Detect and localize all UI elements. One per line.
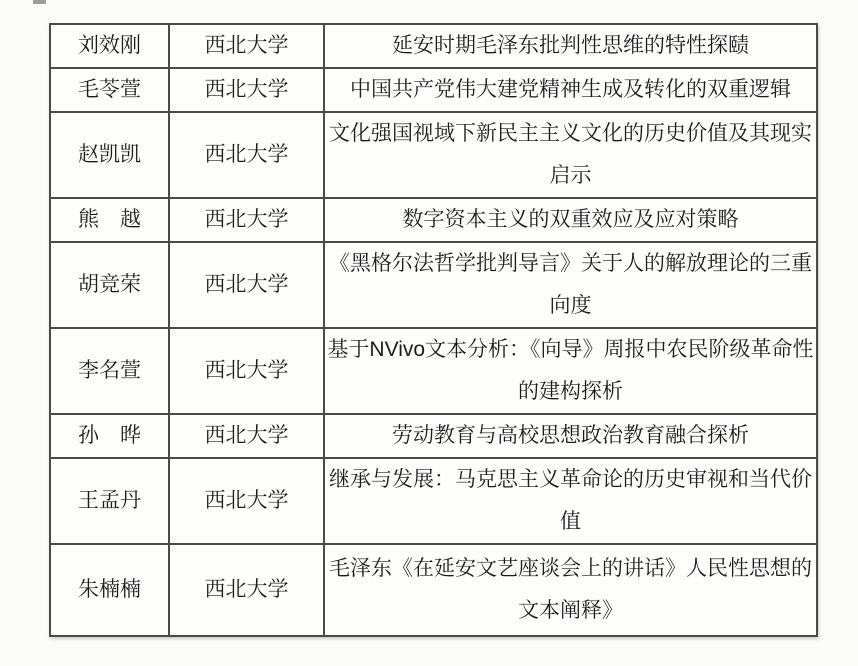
table-row: 孙 晔 西北大学 劳动教育与高校思想政治教育融合探析 bbox=[50, 414, 817, 458]
university-cell: 西北大学 bbox=[169, 198, 324, 242]
author-name-cell: 王孟丹 bbox=[50, 458, 169, 544]
university-cell: 西北大学 bbox=[169, 242, 324, 328]
university-cell: 西北大学 bbox=[169, 68, 324, 112]
table-row: 熊 越 西北大学 数字资本主义的双重效应及应对策略 bbox=[50, 198, 817, 242]
author-name-cell: 赵凯凯 bbox=[50, 112, 169, 198]
table-row: 朱楠楠 西北大学 毛泽东《在延安文艺座谈会上的讲话》人民性思想的文本阐释》 bbox=[50, 544, 817, 636]
author-name-cell: 刘效刚 bbox=[50, 24, 169, 68]
author-name-cell: 孙 晔 bbox=[50, 414, 169, 458]
table-row: 毛苓萱 西北大学 中国共产党伟大建党精神生成及转化的双重逻辑 bbox=[50, 68, 817, 112]
paper-roster-table: 刘效刚 西北大学 延安时期毛泽东批判性思维的特性探赜 毛苓萱 西北大学 中国共产… bbox=[49, 23, 818, 637]
university-cell: 西北大学 bbox=[169, 544, 324, 636]
scanned-document-page: 刘效刚 西北大学 延安时期毛泽东批判性思维的特性探赜 毛苓萱 西北大学 中国共产… bbox=[0, 0, 858, 666]
paper-title-cell: 文化强国视域下新民主主义文化的历史价值及其现实启示 bbox=[324, 112, 817, 198]
paper-title-cell: 数字资本主义的双重效应及应对策略 bbox=[324, 198, 817, 242]
author-name-cell: 李名萱 bbox=[50, 328, 169, 414]
author-name-cell: 熊 越 bbox=[50, 198, 169, 242]
university-cell: 西北大学 bbox=[169, 24, 324, 68]
paper-title-cell: 继承与发展：马克思主义革命论的历史审视和当代价值 bbox=[324, 458, 817, 544]
table-row: 刘效刚 西北大学 延安时期毛泽东批判性思维的特性探赜 bbox=[50, 24, 817, 68]
author-name-cell: 胡竞荣 bbox=[50, 242, 169, 328]
paper-title-cell: 中国共产党伟大建党精神生成及转化的双重逻辑 bbox=[324, 68, 817, 112]
table-row: 胡竞荣 西北大学 《黑格尔法哲学批判导言》关于人的解放理论的三重向度 bbox=[50, 242, 817, 328]
table-row: 赵凯凯 西北大学 文化强国视域下新民主主义文化的历史价值及其现实启示 bbox=[50, 112, 817, 198]
university-cell: 西北大学 bbox=[169, 414, 324, 458]
author-name-cell: 朱楠楠 bbox=[50, 544, 169, 636]
paper-title-cell: 基于NVivo文本分析：《向导》周报中农民阶级革命性的建构探析 bbox=[324, 328, 817, 414]
university-cell: 西北大学 bbox=[169, 112, 324, 198]
university-cell: 西北大学 bbox=[169, 458, 324, 544]
table-row: 王孟丹 西北大学 继承与发展：马克思主义革命论的历史审视和当代价值 bbox=[50, 458, 817, 544]
paper-title-cell: 劳动教育与高校思想政治教育融合探析 bbox=[324, 414, 817, 458]
paper-title-cell: 延安时期毛泽东批判性思维的特性探赜 bbox=[324, 24, 817, 68]
university-cell: 西北大学 bbox=[169, 328, 324, 414]
paper-title-cell: 《黑格尔法哲学批判导言》关于人的解放理论的三重向度 bbox=[324, 242, 817, 328]
paper-title-cell: 毛泽东《在延安文艺座谈会上的讲话》人民性思想的文本阐释》 bbox=[324, 544, 817, 636]
table-row: 李名萱 西北大学 基于NVivo文本分析：《向导》周报中农民阶级革命性的建构探析 bbox=[50, 328, 817, 414]
author-name-cell: 毛苓萱 bbox=[50, 68, 169, 112]
cropped-text-artifact bbox=[33, 0, 46, 4]
